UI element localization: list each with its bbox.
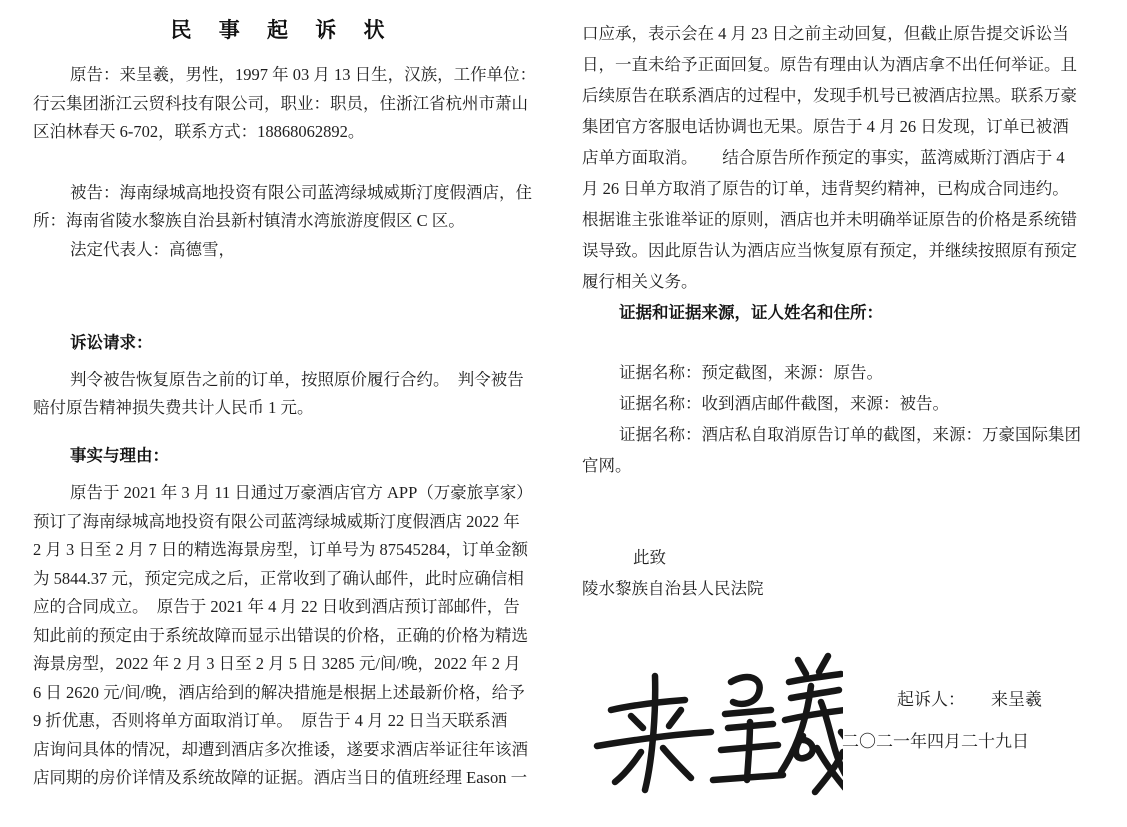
civil-complaint-document-page: 民 事 起 诉 状 原告：来呈羲，男性，1997 年 03 月 13 日生，汉族… <box>0 0 1127 827</box>
doc-line: 月 26 日单方取消了原告的订单，违背契约精神，已构成合同违约。 <box>582 173 1127 204</box>
facts-heading: 事实与理由： <box>33 442 522 471</box>
doc-line: 口应承，表示会在 4 月 23 日之前主动回复，但截止原告提交诉讼当 <box>582 18 1127 49</box>
doc-line: 判令被告恢复原告之前的订单，按照原价履行合约。 判令被告 <box>33 366 522 395</box>
doc-line: 后续原告在联系酒店的过程中，发现手机号已被酒店拉黑。联系万豪 <box>582 80 1127 111</box>
doc-line: 证据名称：预定截图，来源：原告。 <box>582 357 1127 388</box>
right-column: 口应承，表示会在 4 月 23 日之前主动回复，但截止原告提交诉讼当日，一直未给… <box>582 18 1127 604</box>
left-column: 民 事 起 诉 状 原告：来呈羲，男性，1997 年 03 月 13 日生，汉族… <box>33 14 522 793</box>
plaintiff-name: 来呈羲 <box>991 690 1042 709</box>
doc-line: 法定代表人：高德雪， <box>33 236 522 265</box>
claims-heading: 诉讼请求： <box>33 329 522 358</box>
doc-line: 根据谁主张谁举证的原则，酒店也并未明确举证原告的价格是系统错 <box>582 204 1127 235</box>
doc-line: 被告：海南绿城高地投资有限公司蓝湾绿城威斯汀度假酒店，住 <box>33 179 522 208</box>
doc-line: 6 日 2620 元/间/晚，酒店给到的解决措施是根据上述最新价格，给予 <box>33 679 522 708</box>
doc-line: 原告于 2021 年 3 月 11 日通过万豪酒店官方 APP（万豪旅享家） <box>33 479 522 508</box>
doc-line: 知此前的预定由于系统故障而显示出错误的价格，正确的价格为精选 <box>33 622 522 651</box>
doc-line: 应的合同成立。 原告于 2021 年 4 月 22 日收到酒店预订部邮件，告 <box>33 593 522 622</box>
doc-line: 2 月 3 日至 2 月 7 日的精选海景房型，订单号为 87545284，订单… <box>33 536 522 565</box>
doc-line: 官网。 <box>582 450 1127 481</box>
doc-line: 行云集团浙江云贸科技有限公司，职业：职员，住浙江省杭州市萧山 <box>33 90 522 119</box>
facts-continued-paragraph: 口应承，表示会在 4 月 23 日之前主动回复，但截止原告提交诉讼当日，一直未给… <box>582 18 1127 297</box>
evidence-heading: 证据和证据来源，证人姓名和住所： <box>582 297 1127 328</box>
doc-line: 日，一直未给予正面回复。原告有理由认为酒店拿不出任何举证。且 <box>582 49 1127 80</box>
doc-line: 赔付原告精神损失费共计人民币 1 元。 <box>33 394 522 423</box>
closing-block: 此致 陵水黎族自治县人民法院 <box>582 542 1127 604</box>
handwritten-signature <box>593 648 843 798</box>
defendant-paragraph: 被告：海南绿城高地投资有限公司蓝湾绿城威斯汀度假酒店，住所：海南省陵水黎族自治县… <box>33 179 522 265</box>
doc-line: 集团官方客服电话协调也无果。原告于 4 月 26 日发现，订单已被酒 <box>582 111 1127 142</box>
doc-line: 海景房型，2022 年 2 月 3 日至 2 月 5 日 3285 元/间/晚，… <box>33 650 522 679</box>
plaintiff-paragraph: 原告：来呈羲，男性，1997 年 03 月 13 日生，汉族，工作单位：行云集团… <box>33 61 522 147</box>
doc-line: 店单方面取消。 结合原告所作预定的事实，蓝湾威斯汀酒店于 4 <box>582 142 1127 173</box>
doc-line: 为 5844.37 元，预定完成之后，正常收到了确认邮件，此时应确信相 <box>33 565 522 594</box>
doc-line: 预订了海南绿城高地投资有限公司蓝湾绿城威斯汀度假酒店 2022 年 <box>33 508 522 537</box>
doc-line: 店询问具体的情况，却遭到酒店多次推诿，遂要求酒店举证往年该酒 <box>33 736 522 765</box>
doc-line: 店同期的房价详情及系统故障的证据。酒店当日的值班经理 Eason 一 <box>33 764 522 793</box>
closing-salute: 此致 <box>582 542 1127 573</box>
doc-line: 所：海南省陵水黎族自治县新村镇清水湾旅游度假区 C 区。 <box>33 207 522 236</box>
evidence-list: 证据名称：预定截图，来源：原告。证据名称：收到酒店邮件截图，来源：被告。证据名称… <box>582 357 1127 481</box>
doc-line: 误导致。因此原告认为酒店应当恢复原有预定，并继续按照原有预定 <box>582 235 1127 266</box>
doc-line: 区泊林春天 6-702，联系方式：18868062892。 <box>33 118 522 147</box>
doc-line: 9 折优惠，否则将单方面取消订单。 原告于 4 月 22 日当天联系酒 <box>33 707 522 736</box>
doc-line: 证据名称：酒店私自取消原告订单的截图，来源：万豪国际集团 <box>582 419 1127 450</box>
document-title: 民 事 起 诉 状 <box>33 14 522 46</box>
closing-court-name: 陵水黎族自治县人民法院 <box>582 573 1127 604</box>
filing-date: 二〇二一年四月二十九日 <box>842 730 1029 754</box>
claims-paragraph: 判令被告恢复原告之前的订单，按照原价履行合约。 判令被告赔付原告精神损失费共计人… <box>33 366 522 423</box>
doc-line: 履行相关义务。 <box>582 266 1127 297</box>
plaintiff-signature-line: 起诉人：来呈羲 <box>897 688 1042 712</box>
doc-line: 原告：来呈羲，男性，1997 年 03 月 13 日生，汉族，工作单位： <box>33 61 522 90</box>
plaintiff-label: 起诉人： <box>897 690 965 709</box>
facts-paragraph: 原告于 2021 年 3 月 11 日通过万豪酒店官方 APP（万豪旅享家）预订… <box>33 479 522 793</box>
doc-line: 证据名称：收到酒店邮件截图，来源：被告。 <box>582 388 1127 419</box>
